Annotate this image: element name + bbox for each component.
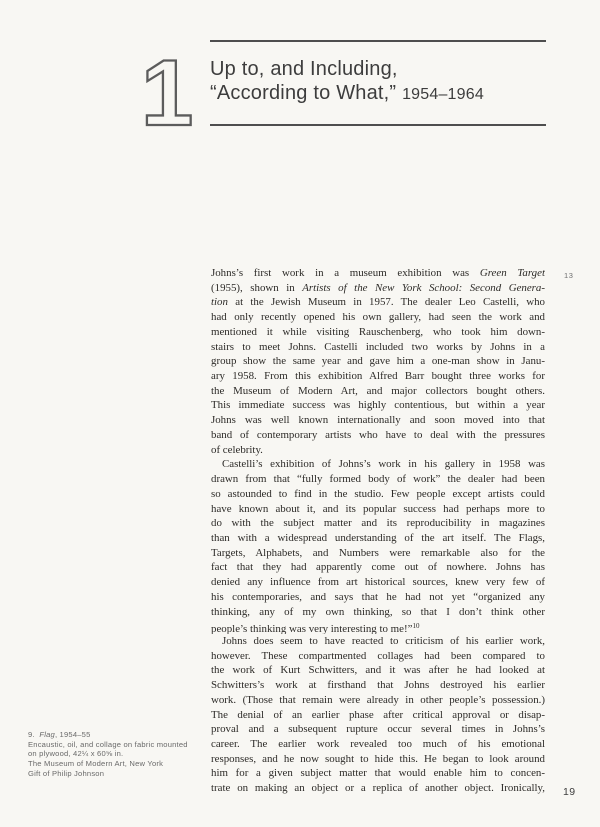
chapter-title-line2: “According to What,” 1954–1964 xyxy=(210,82,550,107)
figure-caption: 9. Flag, 1954–55Encaustic, oil, and coll… xyxy=(28,730,223,779)
text-line: career. The earlier work revealed too mu… xyxy=(211,737,545,752)
text-segment: Castelli’s exhibition of Johns’s work in… xyxy=(222,458,545,470)
text-line: responses, and he now sought to hide thi… xyxy=(211,752,545,767)
header-rule-bottom xyxy=(210,124,546,126)
text-segment: do with the subject matter and its repro… xyxy=(211,517,545,529)
italic-text: Flag xyxy=(39,730,55,739)
text-line: (1955), shown in Artists of the New York… xyxy=(211,281,545,296)
text-line: thinking, any of my own thinking, so tha… xyxy=(211,605,545,620)
text-segment: people’s thinking was very interesting t… xyxy=(211,623,412,634)
paragraph: Johns’s first work in a museum exhibitio… xyxy=(211,266,545,457)
text-line: do with the subject matter and its repro… xyxy=(211,516,545,531)
text-line: than with a widespread understanding of … xyxy=(211,531,545,546)
text-line: Johns does seem to have reacted to criti… xyxy=(211,634,545,649)
text-segment: The denial of an earlier phase after cri… xyxy=(211,709,545,721)
text-segment: Gift of Philip Johnson xyxy=(28,769,104,778)
text-line: The Museum of Modern Art, New York xyxy=(28,759,223,769)
text-segment: ary 1958. From this exhibition Alfred Ba… xyxy=(211,370,545,382)
text-segment: at the Jewish Museum in 1957. The dealer… xyxy=(228,296,545,308)
text-segment: Johns’s first work in a museum exhibitio… xyxy=(211,267,480,279)
text-segment: him for a given subject matter that woul… xyxy=(211,767,545,779)
text-segment: Johns was well known internationally and… xyxy=(211,414,545,426)
text-line: have known about it, and its popular suc… xyxy=(211,502,545,517)
body-text: Johns’s first work in a museum exhibitio… xyxy=(211,266,545,796)
text-segment: band of contemporary artists who have to… xyxy=(211,429,545,441)
header-rule-top xyxy=(210,40,546,42)
text-segment: however. These compartmented collages ha… xyxy=(211,650,545,662)
text-segment: so astounded to find in the studio. Few … xyxy=(211,488,545,500)
text-segment: The Museum of Modern Art, New York xyxy=(28,759,163,768)
chapter-number-text: 1 xyxy=(141,50,193,134)
text-line: however. These compartmented collages ha… xyxy=(211,649,545,664)
text-line: proval and a subsequent rupture occur se… xyxy=(211,722,545,737)
chapter-number-outline-glyph: 1 xyxy=(137,50,201,134)
text-line: group show the same year and gave him a … xyxy=(211,354,545,369)
text-segment: (1955), shown in xyxy=(211,282,302,294)
text-line: trate on making an object or a replica o… xyxy=(211,781,545,796)
text-line: fact that they had apparently come out o… xyxy=(211,560,545,575)
text-segment: Johns does seem to have reacted to criti… xyxy=(222,635,545,647)
text-segment: denied any influence from art historical… xyxy=(211,576,545,588)
text-line: stairs to meet Johns. Castelli included … xyxy=(211,340,545,355)
text-line: ary 1958. From this exhibition Alfred Ba… xyxy=(211,369,545,384)
text-line: drawn from that “fully formed body of wo… xyxy=(211,472,545,487)
text-segment: the Museum of Modern Art, and major coll… xyxy=(211,385,545,397)
text-segment: of celebrity. xyxy=(211,444,263,456)
text-line: work. (Those that remain were already in… xyxy=(211,693,545,708)
text-segment: had only recently opened his own gallery… xyxy=(211,311,545,323)
chapter-title: Up to, and Including, “According to What… xyxy=(210,58,550,106)
text-segment: the work of Kurt Schwitters, and it was … xyxy=(211,664,545,676)
text-segment: 9. xyxy=(28,730,39,739)
text-line: Castelli’s exhibition of Johns’s work in… xyxy=(211,457,545,472)
text-line: his contemporaries, and says that he had… xyxy=(211,590,545,605)
text-line: Targets, Alphabets, and Numbers were rem… xyxy=(211,546,545,561)
text-line: 9. Flag, 1954–55 xyxy=(28,730,223,740)
text-line: of celebrity. xyxy=(211,443,545,458)
text-line: people’s thinking was very interesting t… xyxy=(211,619,545,634)
italic-text: tion xyxy=(211,296,228,308)
text-line: Schwitters’s work at firsthand that John… xyxy=(211,678,545,693)
text-line: Gift of Philip Johnson xyxy=(28,769,223,779)
text-segment: his contemporaries, and says that he had… xyxy=(211,591,545,603)
text-segment: fact that they had apparently come out o… xyxy=(211,561,545,573)
text-line: so astounded to find in the studio. Few … xyxy=(211,487,545,502)
chapter-title-quote: “According to What,” xyxy=(210,82,396,104)
text-line: band of contemporary artists who have to… xyxy=(211,428,545,443)
text-segment: thinking, any of my own thinking, so tha… xyxy=(211,606,545,618)
text-segment: mentioned it while visiting Rauschenberg… xyxy=(211,326,545,338)
text-segment: work. (Those that remain were already in… xyxy=(211,694,545,706)
text-segment: Targets, Alphabets, and Numbers were rem… xyxy=(211,547,545,559)
paragraph: Johns does seem to have reacted to criti… xyxy=(211,634,545,796)
chapter-title-line1: Up to, and Including, xyxy=(210,58,550,82)
italic-text: Artists of the New York School: Second G… xyxy=(302,282,545,294)
text-segment: stairs to meet Johns. Castelli included … xyxy=(211,341,545,353)
text-line: on plywood, 42¼ x 60⅝ in. xyxy=(28,749,223,759)
page-number: 19 xyxy=(563,786,575,798)
text-segment: proval and a subsequent rupture occur se… xyxy=(211,723,545,735)
paragraph: Castelli’s exhibition of Johns’s work in… xyxy=(211,457,545,634)
text-segment: drawn from that “fully formed body of wo… xyxy=(211,473,545,485)
text-line: Johns’s first work in a museum exhibitio… xyxy=(211,266,545,281)
text-line: the work of Kurt Schwitters, and it was … xyxy=(211,663,545,678)
chapter-number-figure: 1 xyxy=(137,50,201,139)
text-segment: This immediate success was highly conten… xyxy=(211,399,545,411)
text-line: The denial of an earlier phase after cri… xyxy=(211,708,545,723)
text-segment: than with a widespread understanding of … xyxy=(211,532,545,544)
text-line: This immediate success was highly conten… xyxy=(211,398,545,413)
text-line: Encaustic, oil, and collage on fabric mo… xyxy=(28,740,223,750)
text-segment: Encaustic, oil, and collage on fabric mo… xyxy=(28,740,188,749)
book-page: 1 Up to, and Including, “According to Wh… xyxy=(0,0,600,827)
footnote-marker: 10 xyxy=(412,622,419,630)
italic-text: Green Target xyxy=(480,267,545,279)
chapter-title-years: 1954–1964 xyxy=(402,86,484,103)
text-segment: , 1954–55 xyxy=(55,730,91,739)
text-segment: career. The earlier work revealed too mu… xyxy=(211,738,545,750)
text-segment: have known about it, and its popular suc… xyxy=(211,503,545,515)
text-line: had only recently opened his own gallery… xyxy=(211,310,545,325)
text-line: mentioned it while visiting Rauschenberg… xyxy=(211,325,545,340)
text-line: the Museum of Modern Art, and major coll… xyxy=(211,384,545,399)
text-segment: group show the same year and gave him a … xyxy=(211,355,545,367)
text-line: him for a given subject matter that woul… xyxy=(211,766,545,781)
text-segment: on plywood, 42¼ x 60⅝ in. xyxy=(28,749,123,758)
text-line: Johns was well known internationally and… xyxy=(211,413,545,428)
text-segment: Schwitters’s work at firsthand that John… xyxy=(211,679,545,691)
text-line: denied any influence from art historical… xyxy=(211,575,545,590)
text-segment: responses, and he now sought to hide thi… xyxy=(211,753,545,765)
text-segment: trate on making an object or a replica o… xyxy=(211,782,545,794)
text-line: tion at the Jewish Museum in 1957. The d… xyxy=(211,295,545,310)
figure-reference-note: 13 xyxy=(564,271,574,280)
